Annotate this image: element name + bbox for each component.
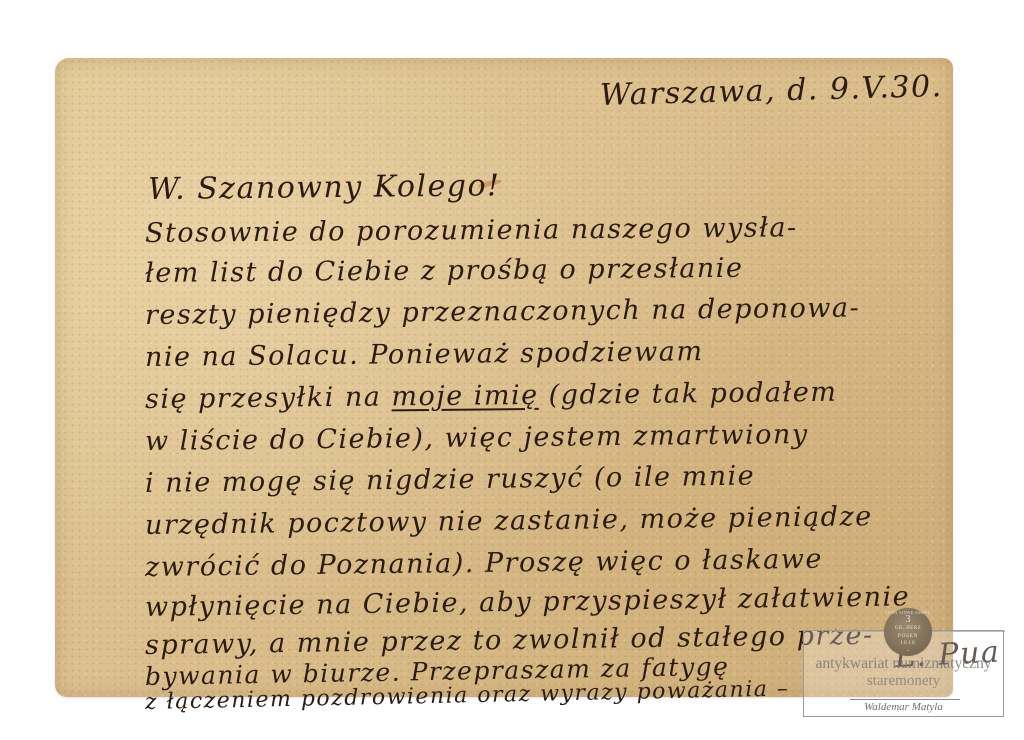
salutation: W. Szanowny Kolego! <box>148 168 501 207</box>
coin-year: 1816 <box>884 640 932 646</box>
watermark-title: antykwariat numizmatyczny <box>803 655 1004 673</box>
watermark-subtitle: staremonety <box>803 673 1004 690</box>
body-line: Stosownie do porozumienia naszego wysła- <box>145 212 798 249</box>
coin-logo-icon: ZEHN SINNE AMPEL 3 GR. HERZ POSEN 1816 • <box>884 608 932 656</box>
coin-city: POSEN <box>884 633 932 639</box>
coin-dot: • <box>884 648 932 653</box>
watermark-owner: Waldemar Matyla <box>803 701 1004 713</box>
page: Warszawa, d. 9.V.30. W. Szanowny Kolego!… <box>0 0 1024 740</box>
body-line-part: (gdzie tak podałem <box>538 377 837 411</box>
body-line: łem list do Ciebie z prośbą o przesłanie <box>145 253 744 289</box>
coin-number: 3 <box>884 615 932 625</box>
coin-mid-text: GR. HERZ <box>884 626 932 631</box>
body-line-part: się przesyłki na <box>145 381 392 415</box>
underlined-phrase: moje imię <box>391 380 538 413</box>
body-line: nie na Solacu. Ponieważ spodziewam <box>145 336 704 373</box>
watermark-divider <box>850 699 960 700</box>
